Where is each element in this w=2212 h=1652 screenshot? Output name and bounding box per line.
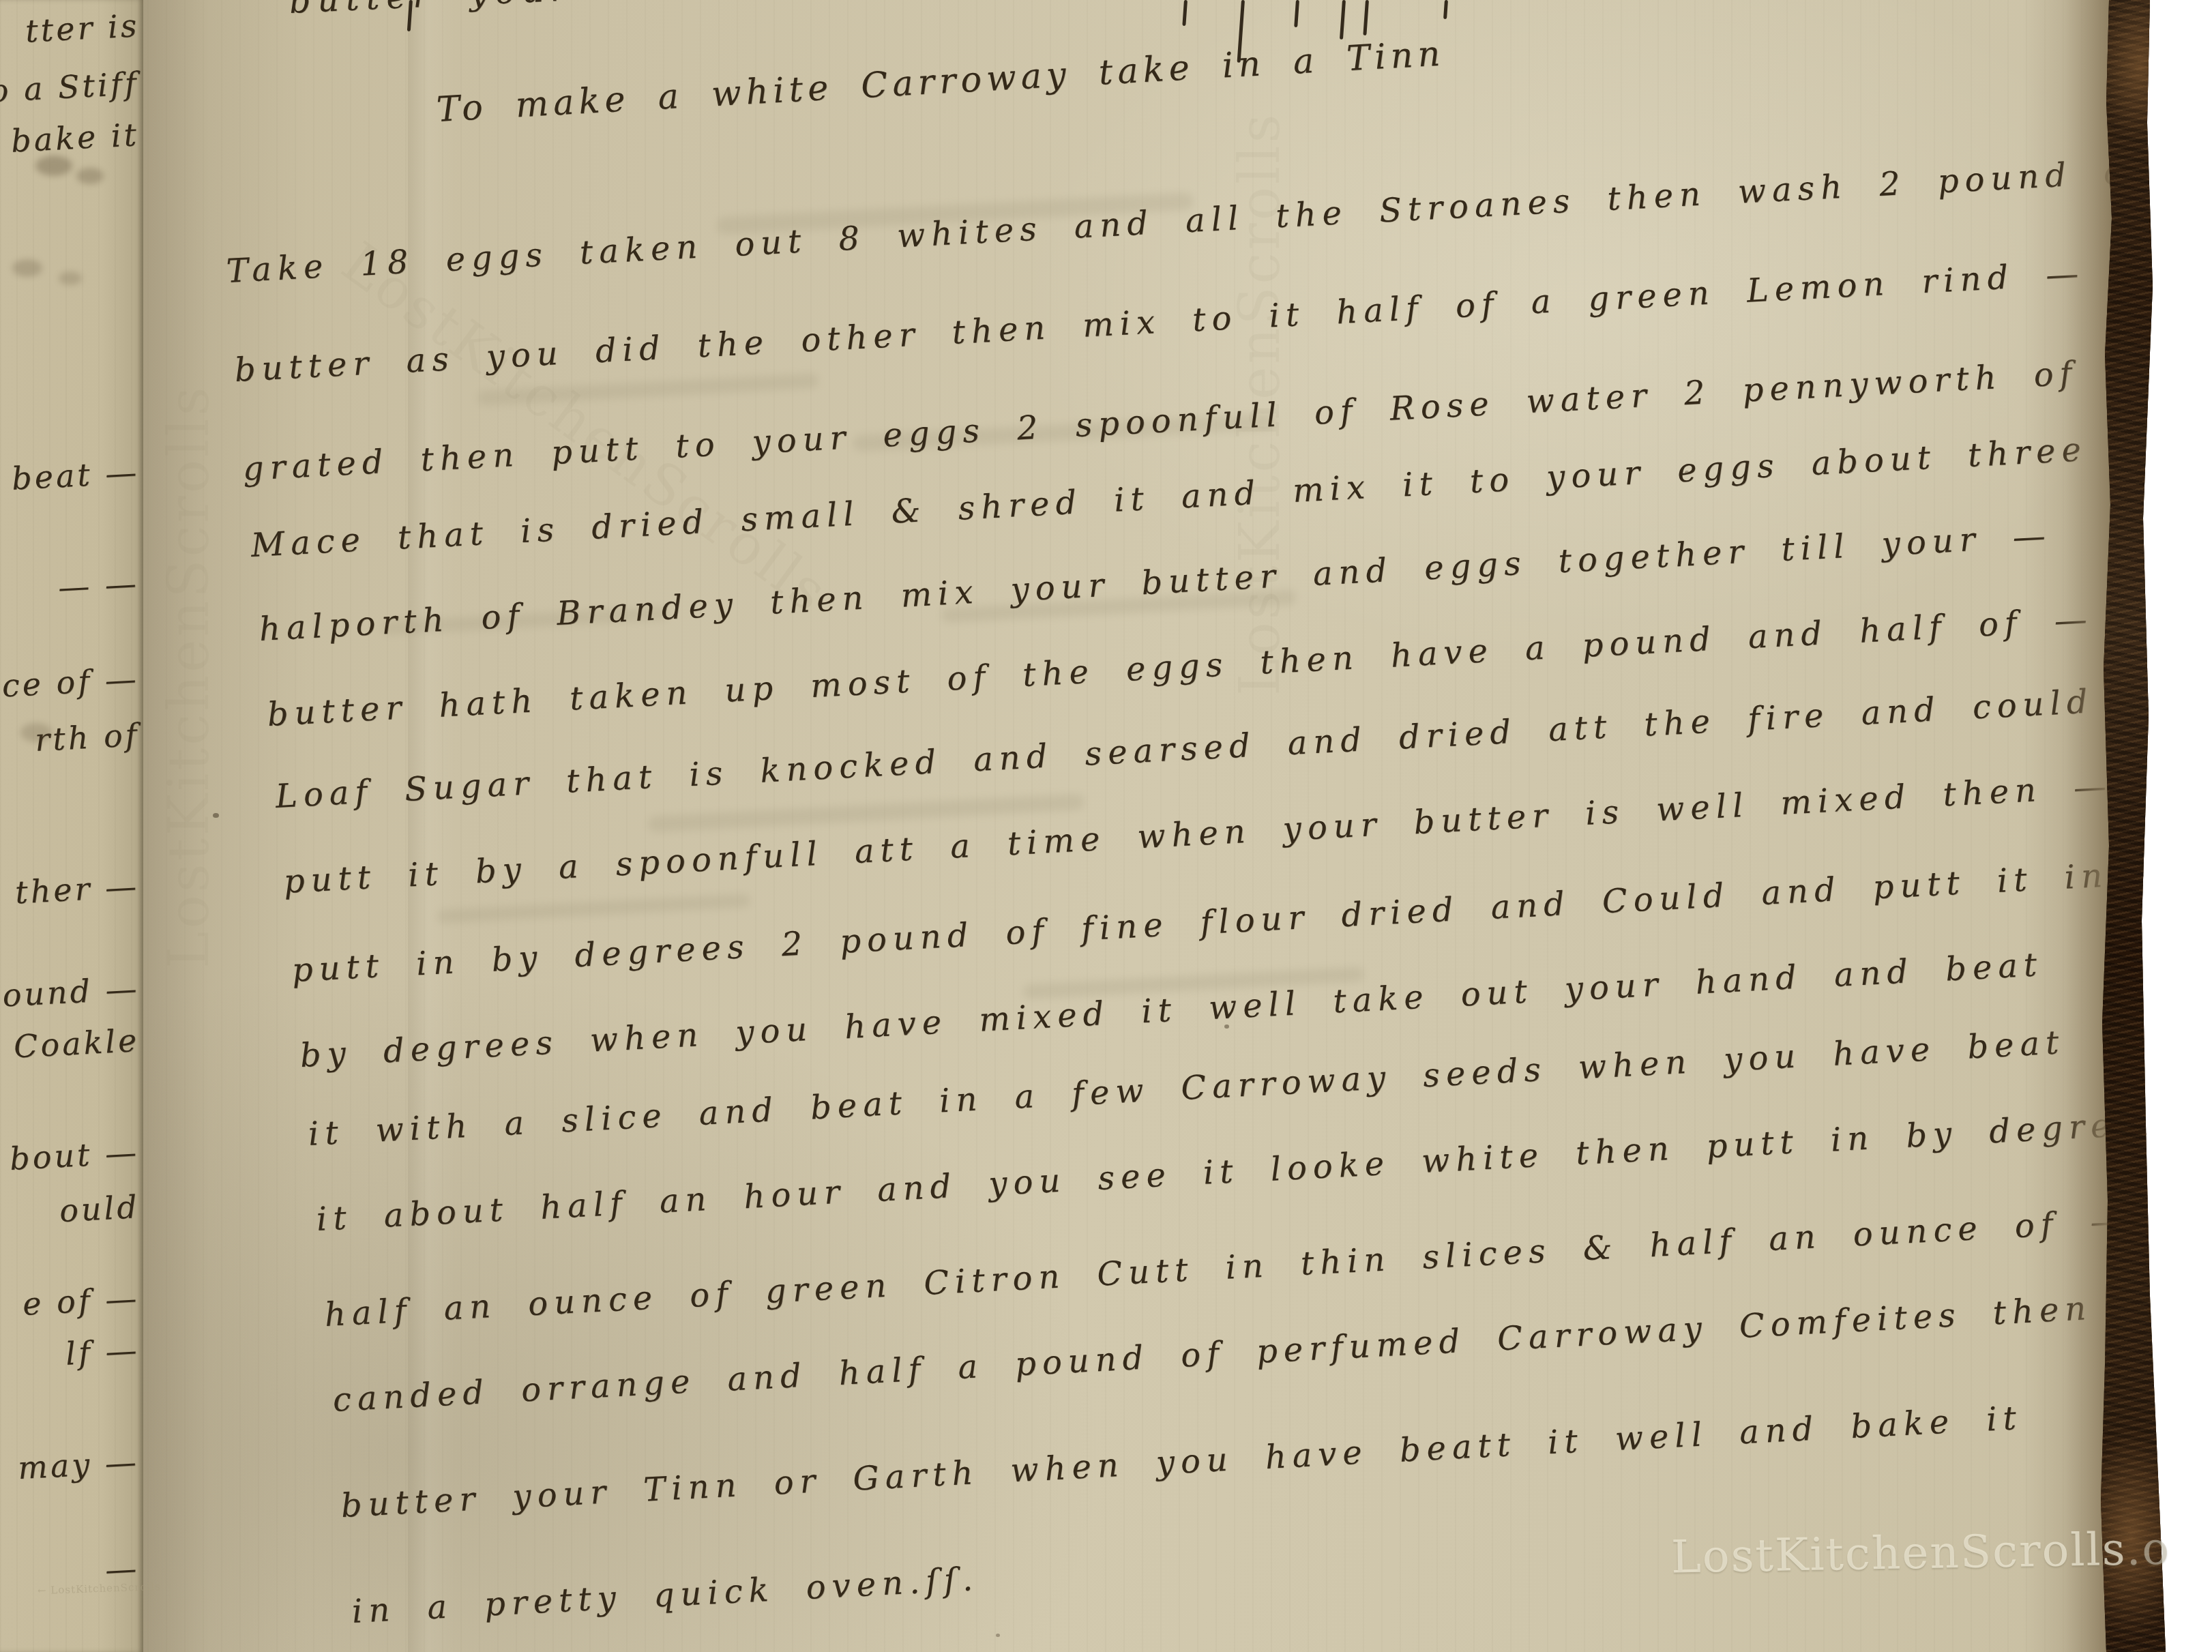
cutoff-ink-stroke bbox=[1182, 0, 1188, 26]
facing-page-edge: tter is to a Stiff bake it beat — — — nc… bbox=[0, 0, 143, 1652]
watermark-suffix: .o bbox=[2126, 1522, 2171, 1576]
watermark-text: LostKitchenScrolls.o bbox=[1670, 1522, 2170, 1584]
paper-stain bbox=[76, 168, 104, 184]
cutoff-ink-stroke bbox=[1363, 0, 1369, 35]
facing-page-fragment: may — bbox=[17, 1443, 140, 1486]
facing-page-fragment: lf — bbox=[64, 1331, 140, 1372]
ink-speck bbox=[996, 1634, 1000, 1637]
paper-stain bbox=[59, 271, 82, 285]
facing-page-fragment: nce of — bbox=[0, 660, 140, 705]
watermark-arrow-icon: ← bbox=[38, 1584, 47, 1597]
facing-page-fragment: Coakle bbox=[13, 1022, 141, 1065]
page-edge-shadow bbox=[2022, 0, 2114, 1652]
facing-page-fragment: tter is bbox=[25, 7, 141, 50]
cutoff-ink-stroke bbox=[1294, 0, 1299, 27]
paper-stain bbox=[20, 723, 52, 742]
cutoff-ink-stroke bbox=[1443, 0, 1448, 19]
paper-stain bbox=[12, 259, 42, 277]
paper-stain bbox=[35, 156, 72, 176]
facing-page-fragment: to a Stiff bbox=[0, 65, 140, 110]
page-gutter-shadow bbox=[143, 0, 307, 1652]
manuscript-screenshot: { "manuscript": { "top_partial_line": "b… bbox=[0, 0, 2212, 1652]
ink-speck bbox=[1224, 1024, 1229, 1029]
handwritten-line: butter your Tinn or Garth when you have … bbox=[340, 1399, 2024, 1525]
show-through-smudge bbox=[437, 894, 750, 924]
facing-page-fragment: bout — bbox=[9, 1134, 140, 1177]
facing-page-fragment: ould bbox=[58, 1188, 140, 1229]
manuscript-page-photo: LostKitchenScrolls LostKitchenScrolls Lo… bbox=[0, 0, 2212, 1652]
facing-page-fragment: pound — bbox=[0, 970, 140, 1015]
ink-speck bbox=[1685, 471, 1689, 474]
ink-speck bbox=[574, 688, 578, 692]
facing-page-fragment: e of — bbox=[22, 1280, 141, 1323]
facing-page-fragment: — — bbox=[57, 565, 140, 606]
ink-speck bbox=[213, 813, 219, 818]
facing-page-fragment: beat — bbox=[11, 454, 141, 497]
watermark-label: LostKitchenScrolls bbox=[1670, 1523, 2127, 1584]
recipe-heading: To make a white Carroway take in a Tinn bbox=[435, 33, 1446, 130]
facing-page-fragment: bake it bbox=[10, 116, 140, 160]
cutoff-ink-stroke bbox=[1340, 0, 1346, 40]
facing-page-fragment: ther — bbox=[14, 868, 141, 911]
